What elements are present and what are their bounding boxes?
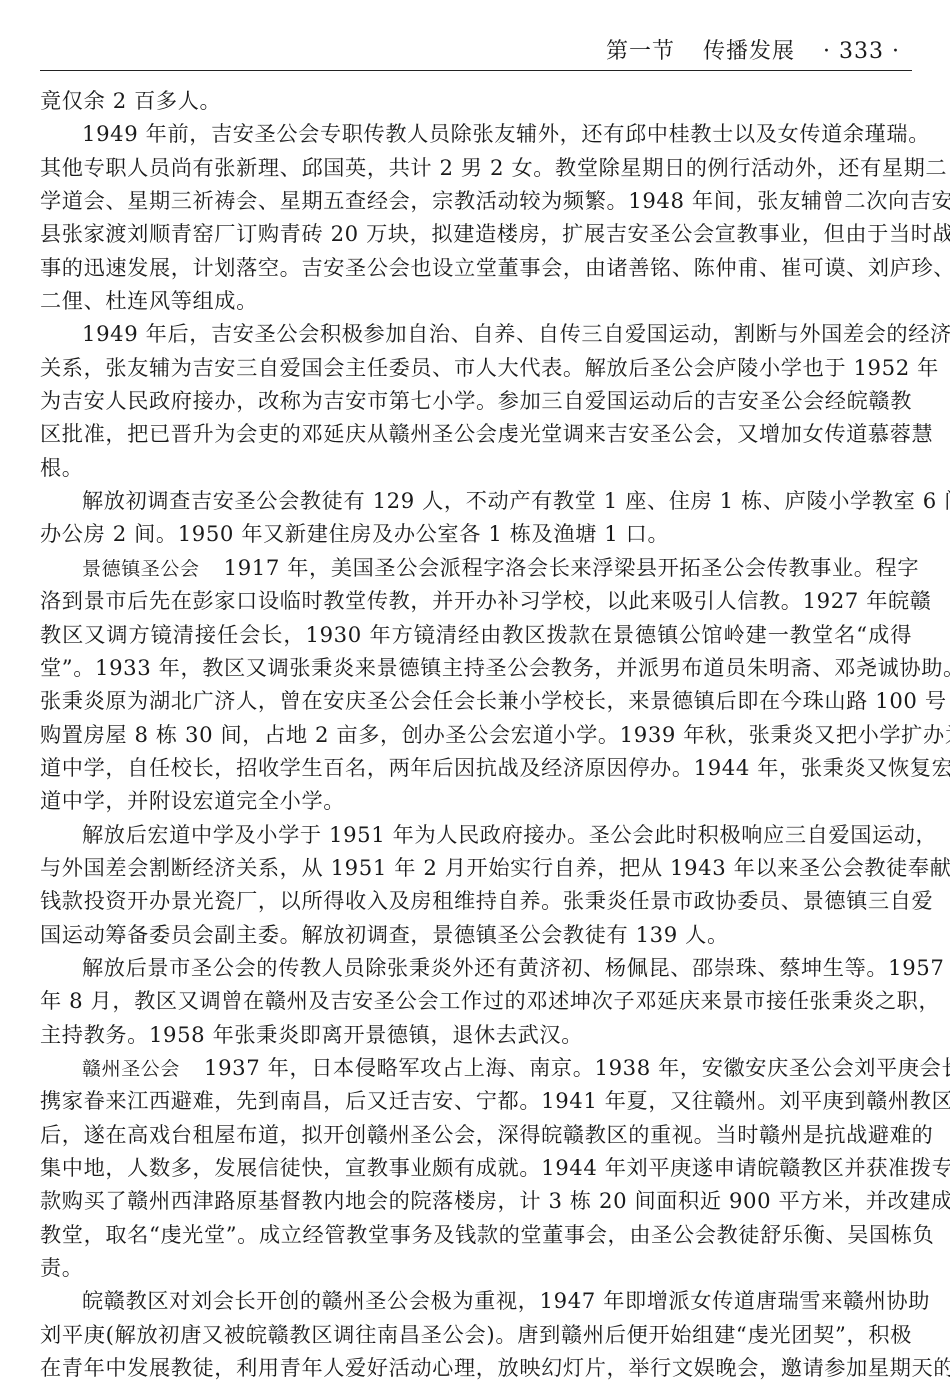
- line-text: 洛到景市后先在彭家口设临时教堂传教，并开办补习学校，以此来吸引人信教。1927 …: [40, 588, 932, 613]
- text-line: 刘平庚(解放初唐又被皖赣教区调往南昌圣公会)。唐到赣州后便开始组建“虔光团契”，…: [40, 1318, 912, 1351]
- run-in-heading: 赣州圣公会: [82, 1058, 180, 1080]
- text-line: 解放后宏道中学及小学于 1951 年为人民政府接办。圣公会此时积极响应三自爱国运…: [40, 818, 912, 851]
- text-line: 国运动筹备委员会副主委。解放初调查，景德镇圣公会教徒有 139 人。: [40, 918, 912, 951]
- text-line: 道中学，并附设宏道完全小学。: [40, 784, 912, 817]
- line-text: 解放初调查吉安圣公会教徒有 129 人，不动产有教堂 1 座、住房 1 栋、庐陵…: [82, 488, 950, 513]
- line-text: 根。: [40, 455, 84, 480]
- text-line: 年 8 月，教区又调曾在赣州及吉安圣公会工作过的邓述坤次子邓延庆来景市接任张秉炎…: [40, 984, 912, 1017]
- text-line: 洛到景市后先在彭家口设临时教堂传教，并开办补习学校，以此来吸引人信教。1927 …: [40, 584, 912, 617]
- text-line: 主持教务。1958 年张秉炎即离开景德镇，退休去武汉。: [40, 1018, 912, 1051]
- line-text: 张秉炎原为湖北广济人，曾在安庆圣公会任会长兼小学校长，来景德镇后即在今珠山路 1…: [40, 688, 947, 713]
- line-text: 刘平庚(解放初唐又被皖赣教区调往南昌圣公会)。唐到赣州后便开始组建“虔光团契”，…: [40, 1322, 912, 1347]
- text-line: 购置房屋 8 栋 30 间，占地 2 亩多，创办圣公会宏道小学。1939 年秋，…: [40, 718, 912, 751]
- paragraph: 解放后宏道中学及小学于 1951 年为人民政府接办。圣公会此时积极响应三自爱国运…: [40, 818, 912, 951]
- paragraph: 解放后景市圣公会的传教人员除张秉炎外还有黄济初、杨佩昆、邵崇珠、蔡坤生等。195…: [40, 951, 912, 1051]
- text-line: 在青年中发展教徒，利用青年人爱好活动心理，放映幻灯片，举行文娱晚会，邀请参加星期…: [40, 1351, 912, 1384]
- line-text: 国运动筹备委员会副主委。解放初调查，景德镇圣公会教徒有 139 人。: [40, 922, 729, 947]
- text-line: 责。: [40, 1251, 912, 1284]
- line-text: 道中学，自任校长，招收学生百名，两年后因抗战及经济原因停办。1944 年，张秉炎…: [40, 755, 950, 780]
- text-line: 钱款投资开办景光瓷厂，以所得收入及房租维持自养。张秉炎任景市政协委员、景德镇三自…: [40, 884, 912, 917]
- line-text: 教区又调方镜清接任会长，1930 年方镜清经由教区拨款在景德镇公馆岭建一教堂名“…: [40, 622, 912, 647]
- line-text: 后，遂在高戏台租屋布道，拟开创赣州圣公会，深得皖赣教区的重视。当时赣州是抗战避难…: [40, 1122, 933, 1147]
- text-line: 竟仅余 2 百多人。: [40, 84, 912, 117]
- text-line: 其他专职人员尚有张新理、邱国英，共计 2 男 2 女。教堂除星期日的例行活动外，…: [40, 151, 912, 184]
- running-header: 第一节 传播发展 · 333 ·: [606, 34, 900, 65]
- text-line: 堂”。1933 年，教区又调张秉炎来景德镇主持圣公会教务，并派男布道员朱明斋、邓…: [40, 651, 912, 684]
- text-line: 二俚、杜连风等组成。: [40, 284, 912, 317]
- line-text: 教堂，取名“虔光堂”。成立经管教堂事务及钱款的堂董事会，由圣公会教徒舒乐衡、吴国…: [40, 1222, 934, 1247]
- text-line: 赣州圣公会1937 年，日本侵略军攻占上海、南京。1938 年，安徽安庆圣公会刘…: [40, 1051, 912, 1084]
- line-text: 县张家渡刘顺青窑厂订购青砖 20 万块，拟建造楼房，扩展吉安圣公会宣教事业，但由…: [40, 221, 950, 246]
- text-line: 款购买了赣州西津路原基督教内地会的院落楼房，计 3 栋 20 间面积近 900 …: [40, 1184, 912, 1217]
- line-text: 1949 年前，吉安圣公会专职传教人员除张友辅外，还有邱中桂教士以及女传道余瑾瑞…: [82, 121, 930, 146]
- paragraph: 1949 年前，吉安圣公会专职传教人员除张友辅外，还有邱中桂教士以及女传道余瑾瑞…: [40, 117, 912, 317]
- text-line: 与外国差会割断经济关系，从 1951 年 2 月开始实行自养，把从 1943 年…: [40, 851, 912, 884]
- text-line: 道中学，自任校长，招收学生百名，两年后因抗战及经济原因停办。1944 年，张秉炎…: [40, 751, 912, 784]
- line-text: 款购买了赣州西津路原基督教内地会的院落楼房，计 3 栋 20 间面积近 900 …: [40, 1188, 950, 1213]
- line-text: 道中学，并附设宏道完全小学。: [40, 788, 345, 813]
- text-line: 携家眷来江西避难，先到南昌，后又迁吉安、宁都。1941 年夏，又往赣州。刘平庚到…: [40, 1084, 912, 1117]
- run-in-heading: 景德镇圣公会: [82, 558, 200, 580]
- text-line: 景德镇圣公会1917 年，美国圣公会派程字洛会长来浮梁县开拓圣公会传教事业。程字: [40, 551, 912, 584]
- text-line: 事的迅速发展，计划落空。吉安圣公会也设立堂董事会，由诸善铭、陈仲甫、崔可谟、刘庐…: [40, 251, 912, 284]
- paragraph: 解放初调查吉安圣公会教徒有 129 人，不动产有教堂 1 座、住房 1 栋、庐陵…: [40, 484, 912, 551]
- text-line: 解放后景市圣公会的传教人员除张秉炎外还有黄济初、杨佩昆、邵崇珠、蔡坤生等。195…: [40, 951, 912, 984]
- text-line: 1949 年后，吉安圣公会积极参加自治、自养、自传三自爱国运动，割断与外国差会的…: [40, 317, 912, 350]
- text-line: 教区又调方镜清接任会长，1930 年方镜清经由教区拨款在景德镇公馆岭建一教堂名“…: [40, 618, 912, 651]
- line-text: 在青年中发展教徒，利用青年人爱好活动心理，放映幻灯片，举行文娱晚会，邀请参加星期…: [40, 1355, 950, 1380]
- header-rule: [40, 70, 912, 71]
- line-text: 事的迅速发展，计划落空。吉安圣公会也设立堂董事会，由诸善铭、陈仲甫、崔可谟、刘庐…: [40, 255, 950, 280]
- text-line: 根。: [40, 451, 912, 484]
- text-line: 学道会、星期三祈祷会、星期五查经会，宗教活动较为频繁。1948 年间，张友辅曾二…: [40, 184, 912, 217]
- text-line: 1949 年前，吉安圣公会专职传教人员除张友辅外，还有邱中桂教士以及女传道余瑾瑞…: [40, 117, 912, 150]
- page-body: 竟仅余 2 百多人。1949 年前，吉安圣公会专职传教人员除张友辅外，还有邱中桂…: [40, 84, 912, 1384]
- section-label: 第一节: [606, 34, 675, 65]
- line-text: 1937 年，日本侵略军攻占上海、南京。1938 年，安徽安庆圣公会刘平庚会长: [204, 1055, 950, 1080]
- text-line: 皖赣教区对刘会长开创的赣州圣公会极为重视，1947 年即增派女传道唐瑞雪来赣州协…: [40, 1284, 912, 1317]
- line-text: 解放后宏道中学及小学于 1951 年为人民政府接办。圣公会此时积极响应三自爱国运…: [82, 822, 937, 847]
- text-line: 关系，张友辅为吉安三自爱国会主任委员、市人大代表。解放后圣公会庐陵小学也于 19…: [40, 351, 912, 384]
- text-line: 张秉炎原为湖北广济人，曾在安庆圣公会任会长兼小学校长，来景德镇后即在今珠山路 1…: [40, 684, 912, 717]
- line-text: 1949 年后，吉安圣公会积极参加自治、自养、自传三自爱国运动，割断与外国差会的…: [82, 321, 950, 346]
- line-text: 学道会、星期三祈祷会、星期五查经会，宗教活动较为频繁。1948 年间，张友辅曾二…: [40, 188, 950, 213]
- text-line: 区批准，把已晋升为会吏的邓延庆从赣州圣公会虔光堂调来吉安圣公会，又增加女传道慕蓉…: [40, 417, 912, 450]
- line-text: 其他专职人员尚有张新理、邱国英，共计 2 男 2 女。教堂除星期日的例行活动外，…: [40, 155, 947, 180]
- line-text: 堂”。1933 年，教区又调张秉炎来景德镇主持圣公会教务，并派男布道员朱明斋、邓…: [40, 655, 950, 680]
- line-text: 携家眷来江西避难，先到南昌，后又迁吉安、宁都。1941 年夏，又往赣州。刘平庚到…: [40, 1088, 950, 1113]
- line-text: 责。: [40, 1255, 84, 1280]
- line-text: 皖赣教区对刘会长开创的赣州圣公会极为重视，1947 年即增派女传道唐瑞雪来赣州协…: [82, 1288, 930, 1313]
- line-text: 钱款投资开办景光瓷厂，以所得收入及房租维持自养。张秉炎任景市政协委员、景德镇三自…: [40, 888, 933, 913]
- line-text: 区批准，把已晋升为会吏的邓延庆从赣州圣公会虔光堂调来吉安圣公会，又增加女传道慕蓉…: [40, 421, 933, 446]
- line-text: 为吉安人民政府接办，改称为吉安市第七小学。参加三自爱国运动后的吉安圣公会经皖赣教: [40, 388, 912, 413]
- text-line: 后，遂在高戏台租屋布道，拟开创赣州圣公会，深得皖赣教区的重视。当时赣州是抗战避难…: [40, 1118, 912, 1151]
- text-line: 县张家渡刘顺青窑厂订购青砖 20 万块，拟建造楼房，扩展吉安圣公会宣教事业，但由…: [40, 217, 912, 250]
- line-text: 二俚、杜连风等组成。: [40, 288, 258, 313]
- line-text: 集中地，人数多，发展信徒快，宣教事业颇有成就。1944 年刘平庚遂申请皖赣教区并…: [40, 1155, 950, 1180]
- line-text: 主持教务。1958 年张秉炎即离开景德镇，退休去武汉。: [40, 1022, 583, 1047]
- paragraph: 1949 年后，吉安圣公会积极参加自治、自养、自传三自爱国运动，割断与外国差会的…: [40, 317, 912, 484]
- line-text: 竟仅余 2 百多人。: [40, 88, 221, 113]
- text-line: 教堂，取名“虔光堂”。成立经管教堂事务及钱款的堂董事会，由圣公会教徒舒乐衡、吴国…: [40, 1218, 912, 1251]
- section-title: 传播发展: [703, 34, 795, 65]
- text-line: 解放初调查吉安圣公会教徒有 129 人，不动产有教堂 1 座、住房 1 栋、庐陵…: [40, 484, 912, 517]
- text-line: 办公房 2 间。1950 年又新建住房及办公室各 1 栋及渔塘 1 口。: [40, 517, 912, 550]
- line-text: 年 8 月，教区又调曾在赣州及吉安圣公会工作过的邓述坤次子邓延庆来景市接任张秉炎…: [40, 988, 940, 1013]
- paragraph: 皖赣教区对刘会长开创的赣州圣公会极为重视，1947 年即增派女传道唐瑞雪来赣州协…: [40, 1284, 912, 1384]
- paragraph: 竟仅余 2 百多人。: [40, 84, 912, 117]
- page-number: · 333 ·: [823, 39, 900, 64]
- paragraph: 景德镇圣公会1917 年，美国圣公会派程字洛会长来浮梁县开拓圣公会传教事业。程字…: [40, 551, 912, 818]
- line-text: 办公房 2 间。1950 年又新建住房及办公室各 1 栋及渔塘 1 口。: [40, 521, 669, 546]
- line-text: 购置房屋 8 栋 30 间，占地 2 亩多，创办圣公会宏道小学。1939 年秋，…: [40, 722, 950, 747]
- line-text: 关系，张友辅为吉安三自爱国会主任委员、市人大代表。解放后圣公会庐陵小学也于 19…: [40, 355, 939, 380]
- text-line: 集中地，人数多，发展信徒快，宣教事业颇有成就。1944 年刘平庚遂申请皖赣教区并…: [40, 1151, 912, 1184]
- line-text: 解放后景市圣公会的传教人员除张秉炎外还有黄济初、杨佩昆、邵崇珠、蔡坤生等。195…: [82, 955, 944, 980]
- paragraph: 赣州圣公会1937 年，日本侵略军攻占上海、南京。1938 年，安徽安庆圣公会刘…: [40, 1051, 912, 1284]
- line-text: 1917 年，美国圣公会派程字洛会长来浮梁县开拓圣公会传教事业。程字: [224, 555, 920, 580]
- text-line: 为吉安人民政府接办，改称为吉安市第七小学。参加三自爱国运动后的吉安圣公会经皖赣教: [40, 384, 912, 417]
- line-text: 与外国差会割断经济关系，从 1951 年 2 月开始实行自养，把从 1943 年…: [40, 855, 950, 880]
